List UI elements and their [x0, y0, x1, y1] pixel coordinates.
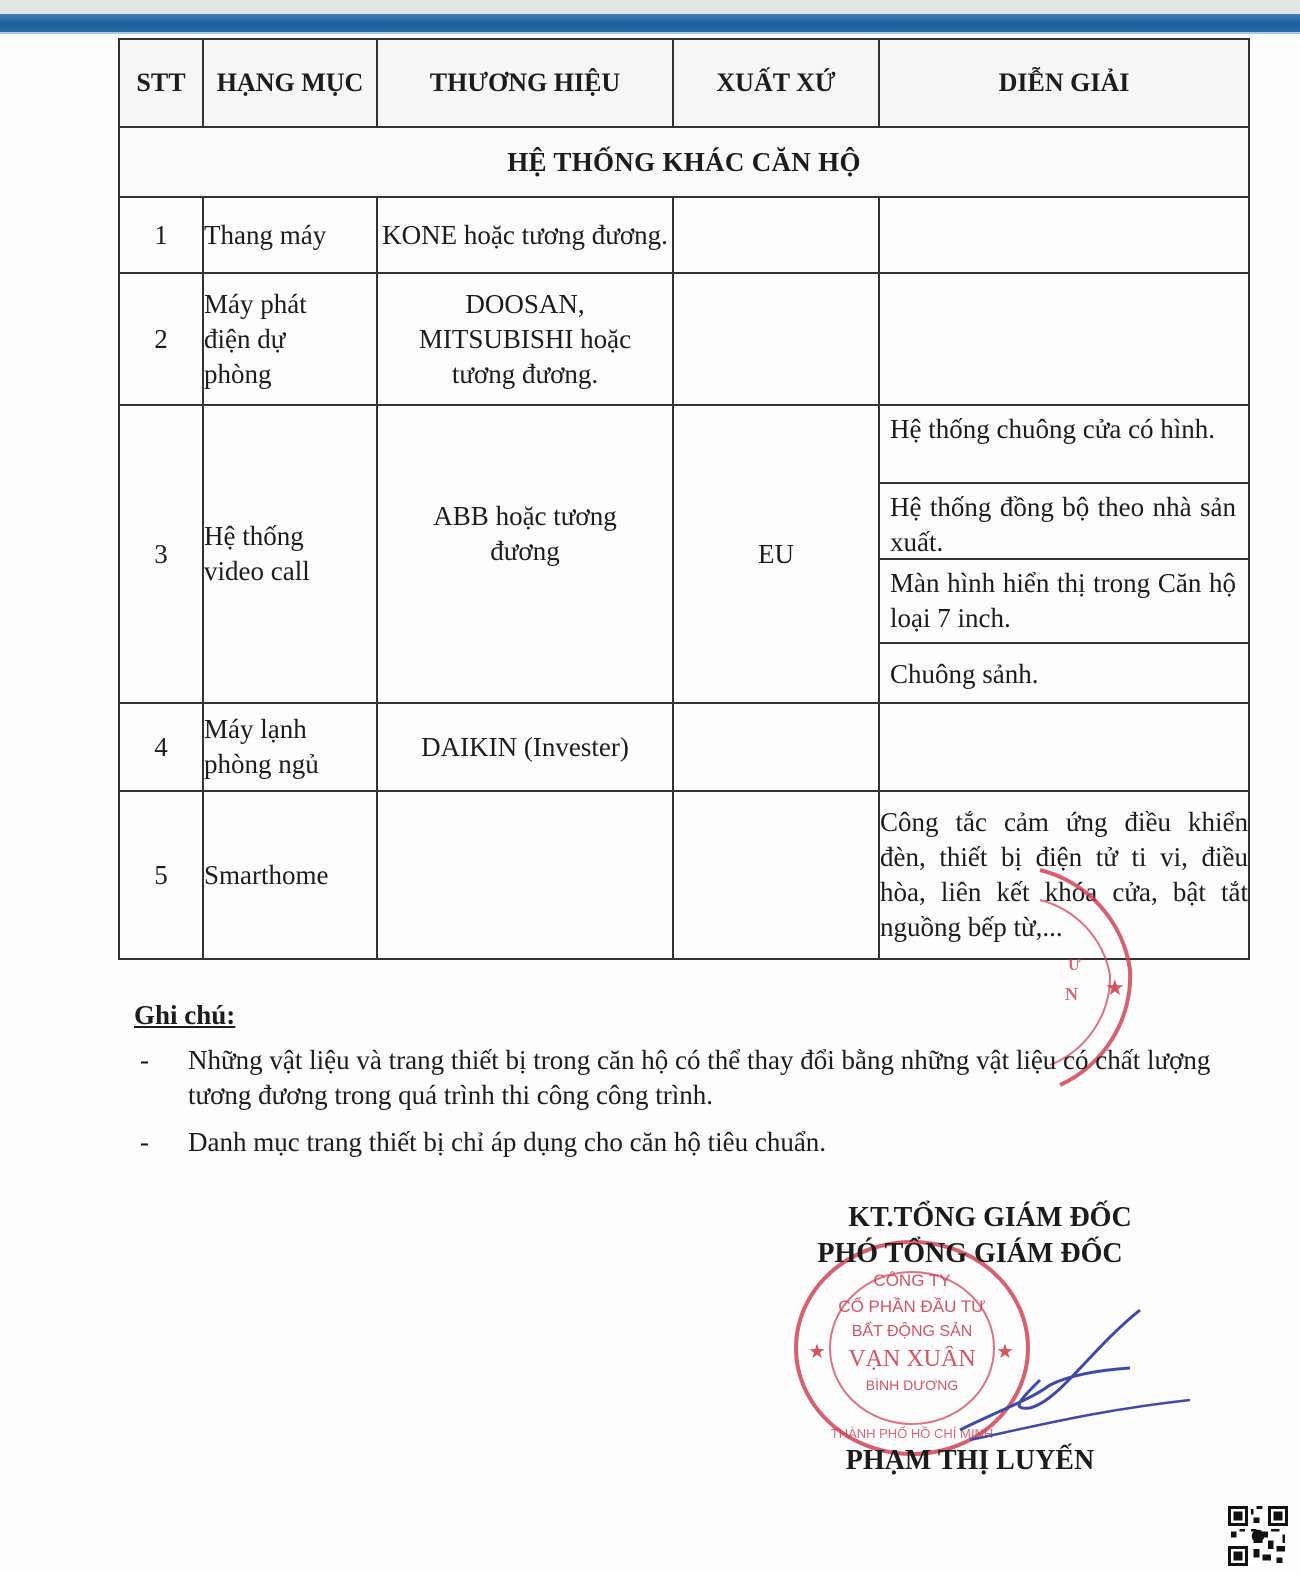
table-row: 2 Máy phát điện dự phòng DOOSAN, MITSUBI…	[119, 273, 1249, 405]
table-row: 1 Thang máy KONE hoặc tương đương.	[119, 197, 1249, 273]
signature-line-2: PHÓ TỔNG GIÁM ĐỐC	[720, 1236, 1220, 1272]
cell-description: Hệ thống chuông cửa có hình. Hệ thống đồ…	[879, 405, 1249, 703]
cell-description	[879, 273, 1249, 405]
svg-text:★: ★	[1105, 975, 1125, 1000]
table-row: 4 Máy lạnh phòng ngủ DAIKIN (Invester)	[119, 703, 1249, 791]
description-item: Chuông sảnh.	[880, 644, 1248, 702]
cell-description	[879, 703, 1249, 791]
signer-name: PHẠM THỊ LUYẾN	[780, 1445, 1160, 1477]
header-description: DIỄN GIẢI	[879, 39, 1249, 127]
svg-text:Ư: Ư	[1068, 957, 1081, 974]
cell-brand: KONE hoặc tương đương.	[377, 197, 673, 273]
cell-stt: 4	[119, 703, 203, 791]
cell-item: Máy phát điện dự phòng	[203, 273, 377, 405]
cell-item: Hệ thống video call	[203, 405, 377, 703]
cell-description	[879, 197, 1249, 273]
section-title: HỆ THỐNG KHÁC CĂN HỘ	[119, 127, 1249, 197]
document-header-bar	[0, 14, 1300, 34]
cell-origin: EU	[673, 405, 879, 703]
cell-brand: ABB hoặc tương đương	[377, 405, 673, 703]
note-item: - Danh mục trang thiết bị chỉ áp dụng ch…	[134, 1125, 1214, 1160]
cell-origin	[673, 197, 879, 273]
handwritten-signature	[900, 1290, 1200, 1450]
table-header-row: STT HẠNG MỤC THƯƠNG HIỆU XUẤT XỨ DIỄN GI…	[119, 39, 1249, 127]
equipment-spec-table: STT HẠNG MỤC THƯƠNG HIỆU XUẤT XỨ DIỄN GI…	[118, 38, 1250, 960]
cell-brand: DAIKIN (Invester)	[377, 703, 673, 791]
cell-stt: 3	[119, 405, 203, 703]
cell-stt: 2	[119, 273, 203, 405]
section-row: HỆ THỐNG KHÁC CĂN HỘ	[119, 127, 1249, 197]
description-item: Hệ thống đồng bộ theo nhà sản xuất.	[880, 484, 1248, 560]
header-brand: THƯƠNG HIỆU	[377, 39, 673, 127]
cell-origin	[673, 791, 879, 959]
cell-brand: DOOSAN, MITSUBISHI hoặc tương đương.	[377, 273, 673, 405]
cell-origin	[673, 273, 879, 405]
svg-text:CÔNG TY: CÔNG TY	[873, 1271, 950, 1290]
cell-stt: 5	[119, 791, 203, 959]
note-item: - Những vật liệu và trang thiết bị trong…	[134, 1043, 1214, 1113]
bullet-dash-icon: -	[134, 1125, 188, 1160]
bullet-dash-icon: -	[134, 1043, 188, 1113]
signature-line-1: KT.TỔNG GIÁM ĐỐC	[760, 1200, 1220, 1236]
viewer-top-strip	[0, 0, 1300, 14]
svg-text:★: ★	[808, 1341, 826, 1363]
cell-stt: 1	[119, 197, 203, 273]
header-stt: STT	[119, 39, 203, 127]
cell-item: Máy lạnh phòng ngủ	[203, 703, 377, 791]
header-item: HẠNG MỤC	[203, 39, 377, 127]
cell-brand	[377, 791, 673, 959]
description-item: Hệ thống chuông cửa có hình.	[880, 406, 1248, 484]
notes-title: Ghi chú:	[134, 998, 1214, 1033]
signature-title-block: KT.TỔNG GIÁM ĐỐC PHÓ TỔNG GIÁM ĐỐC	[760, 1200, 1220, 1272]
description-item: Màn hình hiển thị trong Căn hộ loại 7 in…	[880, 560, 1248, 644]
header-origin: XUẤT XỨ	[673, 39, 879, 127]
cell-item: Smarthome	[203, 791, 377, 959]
cell-origin	[673, 703, 879, 791]
cell-item: Thang máy	[203, 197, 377, 273]
table-row: 3 Hệ thống video call ABB hoặc tương đươ…	[119, 405, 1249, 703]
notes-section: Ghi chú: - Những vật liệu và trang thiết…	[134, 998, 1214, 1172]
qr-code-icon	[1228, 1506, 1288, 1566]
